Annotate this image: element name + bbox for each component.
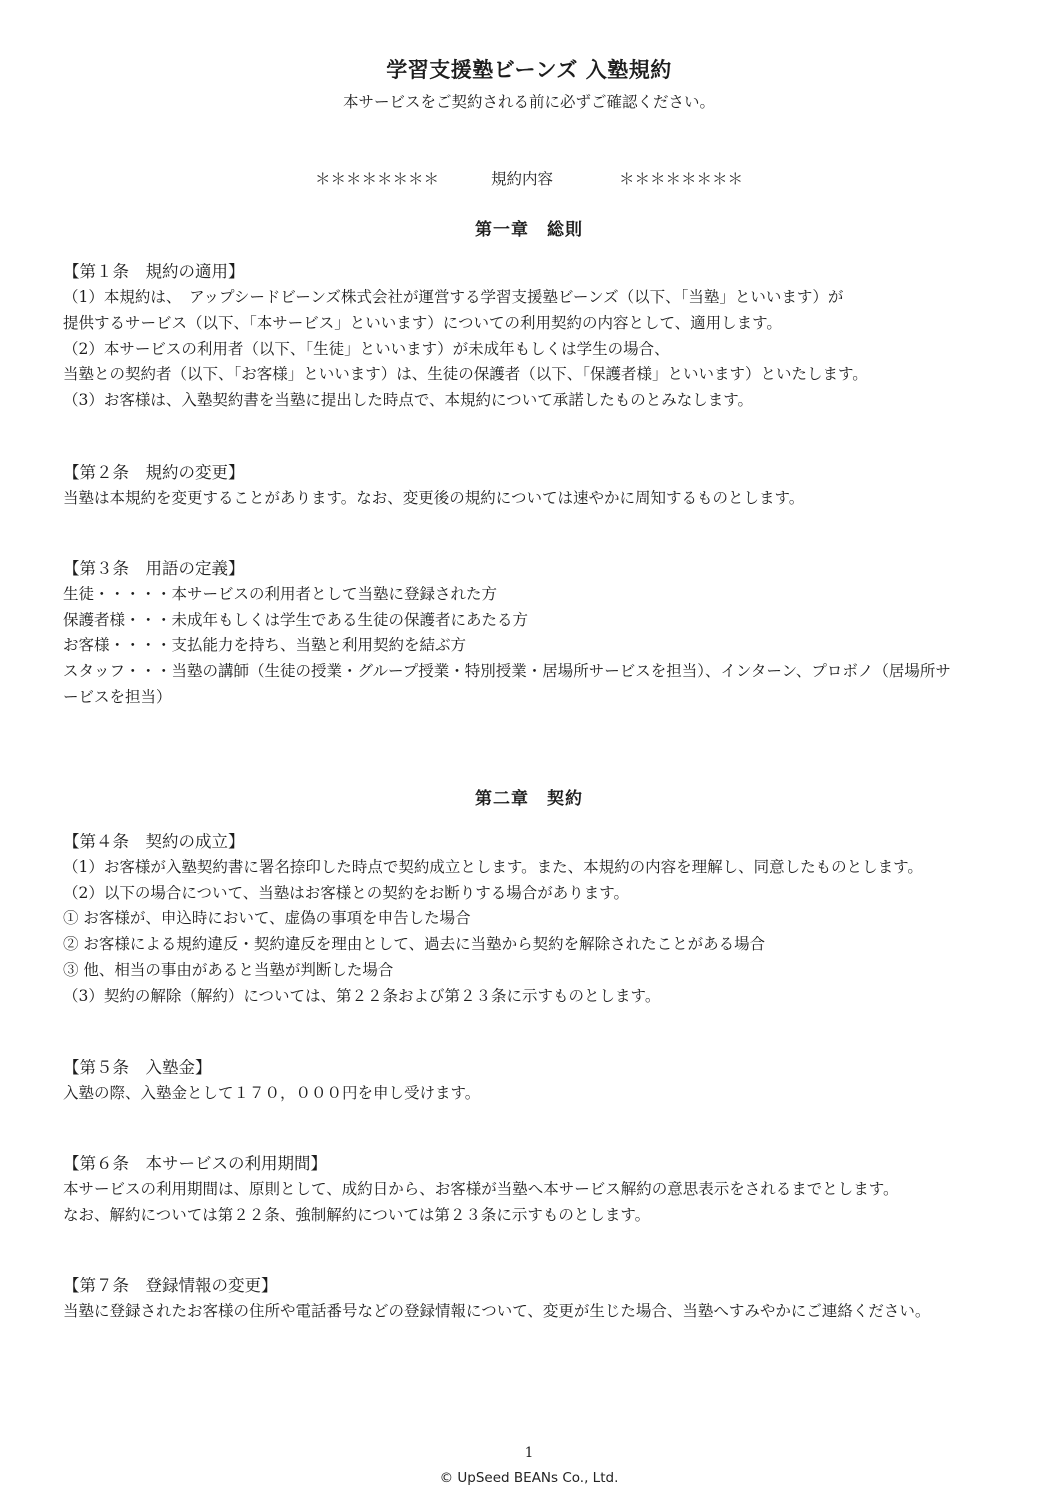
article-3-line: ービスを担当）: [63, 685, 995, 711]
divider-asterisks-left: ＊＊＊＊＊＊＊＊: [315, 167, 439, 191]
article-1-line: （3）お客様は、入塾契約書を当塾に提出した時点で、本規約について承諾したものとみ…: [63, 388, 995, 414]
document-page: 学習支援塾ビーンズ 入塾規約 本サービスをご契約される前に必ずご確認ください。 …: [0, 0, 1058, 1497]
article-7-title: 【第７条 登録情報の変更】: [63, 1273, 995, 1299]
article-1-line: （1）本規約は、 アップシードビーンズ株式会社が運営する学習支援塾ビーンズ（以下…: [63, 285, 995, 311]
article-5-line: 入塾の際、入塾金として１７０，０００円を申し受けます。: [63, 1081, 995, 1107]
divider-asterisks-right: ＊＊＊＊＊＊＊＊: [619, 167, 743, 191]
article-2-line: 当塾は本規約を変更することがあります。なお、変更後の規約については速やかに周知す…: [63, 486, 995, 512]
article-6: 【第６条 本サービスの利用期間】 本サービスの利用期間は、原則として、成約日から…: [63, 1151, 995, 1229]
article-3-title: 【第３条 用語の定義】: [63, 556, 995, 582]
content-divider: ＊＊＊＊＊＊＊＊ 規約内容 ＊＊＊＊＊＊＊＊: [63, 167, 995, 191]
article-1-line: 提供するサービス（以下、「本サービス」といいます）についての利用契約の内容として…: [63, 311, 995, 337]
document-content: 学習支援塾ビーンズ 入塾規約 本サービスをご契約される前に必ずご確認ください。 …: [0, 0, 1058, 1325]
article-7: 【第７条 登録情報の変更】 当塾に登録されたお客様の住所や電話番号などの登録情報…: [63, 1273, 995, 1325]
article-3: 【第３条 用語の定義】 生徒・・・・・本サービスの利用者として当塾に登録された方…: [63, 556, 995, 711]
article-4: 【第４条 契約の成立】 （1）お客様が入塾契約書に署名捺印した時点で契約成立とし…: [63, 829, 995, 1010]
article-6-line: なお、解約については第２２条、強制解約については第２３条に示すものとします。: [63, 1203, 995, 1229]
article-3-line: 生徒・・・・・本サービスの利用者として当塾に登録された方: [63, 582, 995, 608]
article-3-line: スタッフ・・・当塾の講師（生徒の授業・グループ授業・特別授業・居場所サービスを担…: [63, 659, 995, 685]
article-6-title: 【第６条 本サービスの利用期間】: [63, 1151, 995, 1177]
document-title: 学習支援塾ビーンズ 入塾規約: [63, 55, 995, 85]
article-2-title: 【第２条 規約の変更】: [63, 460, 995, 486]
article-3-line: お客様・・・・支払能力を持ち、当塾と利用契約を結ぶ方: [63, 633, 995, 659]
article-4-line: ① お客様が、申込時において、虚偽の事項を申告した場合: [63, 906, 995, 932]
article-4-title: 【第４条 契約の成立】: [63, 829, 995, 855]
article-5-title: 【第５条 入塾金】: [63, 1055, 995, 1081]
article-4-line: （3）契約の解除（解約）については、第２２条および第２３条に示すものとします。: [63, 984, 995, 1010]
article-2: 【第２条 規約の変更】 当塾は本規約を変更することがあります。なお、変更後の規約…: [63, 460, 995, 512]
article-4-line: ② お客様による規約違反・契約違反を理由として、過去に当塾から契約を解除されたこ…: [63, 932, 995, 958]
article-6-line: 本サービスの利用期間は、原則として、成約日から、お客様が当塾へ本サービス解約の意…: [63, 1177, 995, 1203]
article-7-line: 当塾に登録されたお客様の住所や電話番号などの登録情報について、変更が生じた場合、…: [63, 1299, 995, 1325]
chapter-2-heading: 第二章 契約: [63, 787, 995, 811]
article-1-title: 【第１条 規約の適用】: [63, 259, 995, 285]
article-4-line: ③ 他、相当の事由があると当塾が判断した場合: [63, 958, 995, 984]
divider-label: 規約内容: [491, 167, 553, 191]
chapter-1-heading: 第一章 総則: [63, 218, 995, 242]
page-number: 1: [0, 1445, 1058, 1461]
article-4-line: （1）お客様が入塾契約書に署名捺印した時点で契約成立とします。また、本規約の内容…: [63, 855, 995, 881]
article-1-line: 当塾との契約者（以下、「お客様」といいます）は、生徒の保護者（以下、「保護者様」…: [63, 362, 995, 388]
article-4-line: （2）以下の場合について、当塾はお客様との契約をお断りする場合があります。: [63, 881, 995, 907]
document-subtitle: 本サービスをご契約される前に必ずご確認ください。: [63, 91, 995, 113]
copyright-notice: © UpSeed BEANs Co., Ltd.: [0, 1470, 1058, 1486]
article-5: 【第５条 入塾金】 入塾の際、入塾金として１７０，０００円を申し受けます。: [63, 1055, 995, 1107]
article-3-line: 保護者様・・・未成年もしくは学生である生徒の保護者にあたる方: [63, 608, 995, 634]
article-1: 【第１条 規約の適用】 （1）本規約は、 アップシードビーンズ株式会社が運営する…: [63, 259, 995, 414]
article-1-line: （2）本サービスの利用者（以下、「生徒」といいます）が未成年もしくは学生の場合、: [63, 337, 995, 363]
